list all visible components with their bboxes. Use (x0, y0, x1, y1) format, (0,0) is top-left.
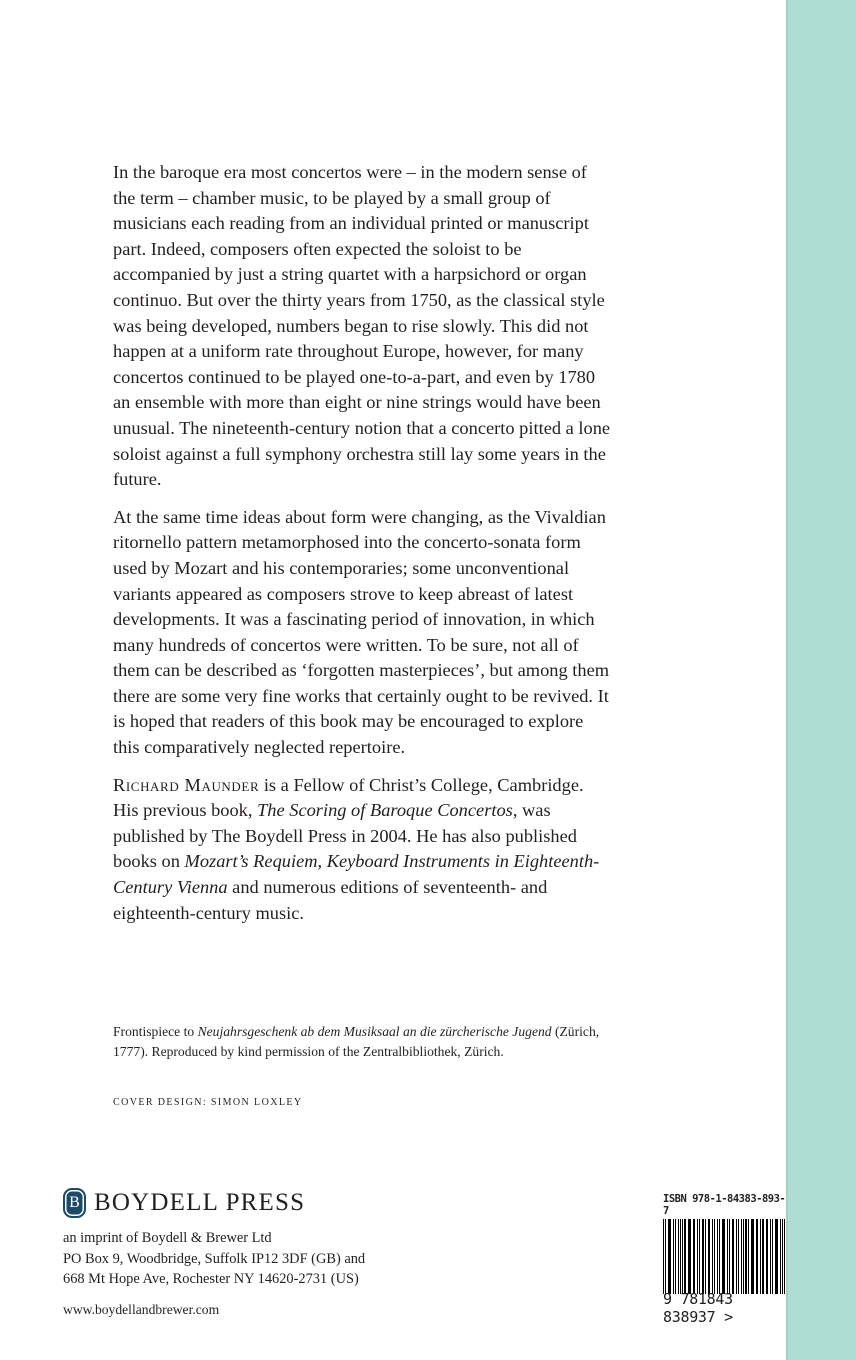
author-bio: Richard Maunder is a Fellow of Christ’s … (113, 773, 613, 927)
publisher-address: an imprint of Boydell & Brewer Ltd PO Bo… (63, 1228, 365, 1290)
publisher-block: B BOYDELL PRESS an imprint of Boydell & … (63, 1188, 365, 1318)
address-line: 668 Mt Hope Ave, Rochester NY 14620-2731… (63, 1269, 365, 1290)
book-title-1: The Scoring of Baroque Concertos (257, 800, 513, 820)
bio-text: , (318, 851, 327, 871)
publisher-name: BOYDELL PRESS (94, 1189, 305, 1217)
image-credit: Frontispiece to Neujahrsgeschenk ab dem … (113, 1022, 613, 1062)
blurb-paragraph-2: At the same time ideas about form were c… (113, 505, 613, 761)
isbn-barcode: ISBN 978-1-84383-893-7 9 781843 838937 > (663, 1193, 786, 1305)
publisher-website[interactable]: www.boydellandbrewer.com (63, 1302, 365, 1318)
author-name: Richard Maunder (113, 775, 259, 795)
boydell-logo-icon: B (63, 1188, 86, 1218)
credit-title: Neujahrsgeschenk ab dem Musiksaal an die… (198, 1024, 552, 1039)
book-title-2: Mozart’s Requiem (185, 851, 318, 871)
address-line: PO Box 9, Woodbridge, Suffolk IP12 3DF (… (63, 1249, 365, 1270)
publisher-logo-row: B BOYDELL PRESS (63, 1188, 365, 1218)
barcode-digits: 9 781843 838937 > (663, 1290, 786, 1326)
isbn-label: ISBN 978-1-84383-893-7 (663, 1193, 786, 1217)
credit-text: Frontispiece to (113, 1024, 198, 1039)
spine-strip (786, 0, 856, 1360)
address-line: an imprint of Boydell & Brewer Ltd (63, 1228, 365, 1249)
spine-edge (786, 0, 788, 1360)
blurb: In the baroque era most concertos were –… (113, 160, 613, 938)
barcode-bars (663, 1219, 786, 1294)
blurb-paragraph-1: In the baroque era most concertos were –… (113, 160, 613, 493)
cover-design-credit: COVER DESIGN: SIMON LOXLEY (113, 1097, 302, 1108)
